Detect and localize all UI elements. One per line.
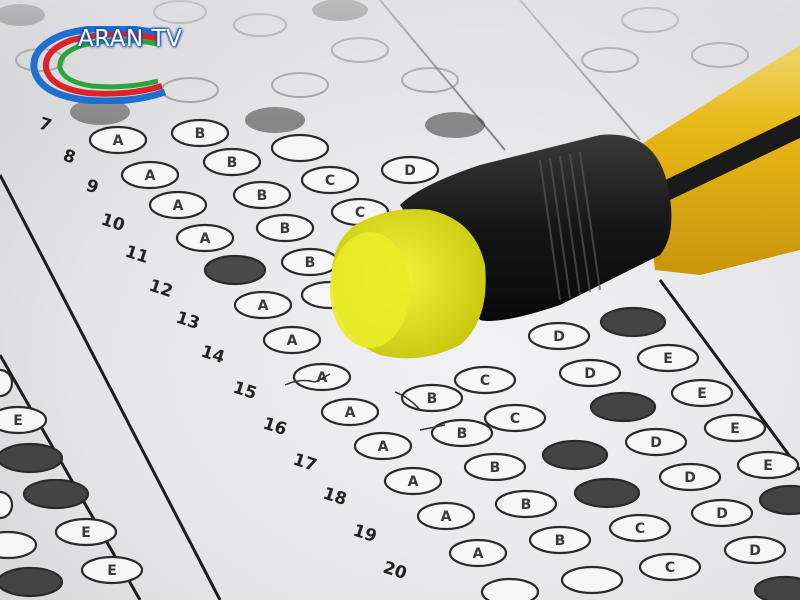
bubble-letter: E <box>81 525 91 541</box>
question-number: 12 <box>146 276 175 302</box>
bubble-row <box>0 370 46 433</box>
question-number: 13 <box>173 308 202 334</box>
bubble-letter: B <box>521 497 532 513</box>
question-number: 17 <box>290 450 319 476</box>
question-number: 16 <box>260 414 289 440</box>
bubble-letter: A <box>113 133 124 149</box>
bubble-letter: B <box>305 255 316 271</box>
bubble-letter: E <box>697 386 707 402</box>
bubble-letter: B <box>427 391 438 407</box>
bubble-letter: C <box>635 521 645 537</box>
question-number: 15 <box>230 378 259 404</box>
bubble-letter: E <box>763 458 773 474</box>
bubble-letter: A <box>145 168 156 184</box>
bubble-letter: C <box>325 173 335 189</box>
bubble-letter: A <box>258 298 269 314</box>
question-number: 11 <box>122 242 151 268</box>
question-number: 14 <box>198 342 227 368</box>
bubble-letter: B <box>227 155 238 171</box>
bubble-letter: A <box>441 509 452 525</box>
question-number: 7 <box>36 114 53 137</box>
bubble-letter: D <box>553 329 565 345</box>
bubble-row <box>0 444 88 508</box>
bubble-letter: A <box>173 198 184 214</box>
bubble-letter: C <box>480 373 490 389</box>
question-number: 18 <box>320 484 349 510</box>
bubble-letter: A <box>200 231 211 247</box>
bubble-letter: D <box>650 435 662 451</box>
watermark-text: ARAN TV <box>78 26 182 52</box>
bubble-letter: B <box>457 426 468 442</box>
bubble-letter: B <box>555 533 566 549</box>
bubble-row <box>205 249 338 284</box>
bubble-letter: A <box>345 405 356 421</box>
bubble-letter: E <box>107 563 117 579</box>
bubble-letter: B <box>490 460 501 476</box>
bubble-letter: B <box>257 188 268 204</box>
bubble-letter: A <box>378 439 389 455</box>
bubble-letter: E <box>663 351 673 367</box>
bubble-letter: B <box>280 221 291 237</box>
bubble-letter: E <box>13 413 23 429</box>
bubble-row <box>0 568 62 596</box>
question-number: 20 <box>380 558 409 584</box>
bubble-letter: A <box>287 333 298 349</box>
photo-scene: 7 8 9 10 11 12 13 14 15 16 17 18 19 20 <box>0 0 800 600</box>
bubble-letter: D <box>404 163 416 179</box>
question-number: 10 <box>98 210 127 236</box>
bubble-letter: C <box>510 411 520 427</box>
bubble-letter: D <box>749 543 761 559</box>
bubble-letter: C <box>355 205 365 221</box>
bubble-letter: E <box>730 421 740 437</box>
question-number: 8 <box>60 146 77 169</box>
question-number: 19 <box>350 521 379 547</box>
bubble-letter: B <box>195 126 206 142</box>
question-number: 9 <box>83 176 100 199</box>
bubble-letter: C <box>665 560 675 576</box>
bubble-letter: A <box>473 546 484 562</box>
bubble-letter: D <box>684 470 696 486</box>
bubble-letter: A <box>408 474 419 490</box>
bubble-grid <box>0 120 800 600</box>
bubble-letter: D <box>716 506 728 522</box>
bubble-letter: D <box>584 366 596 382</box>
